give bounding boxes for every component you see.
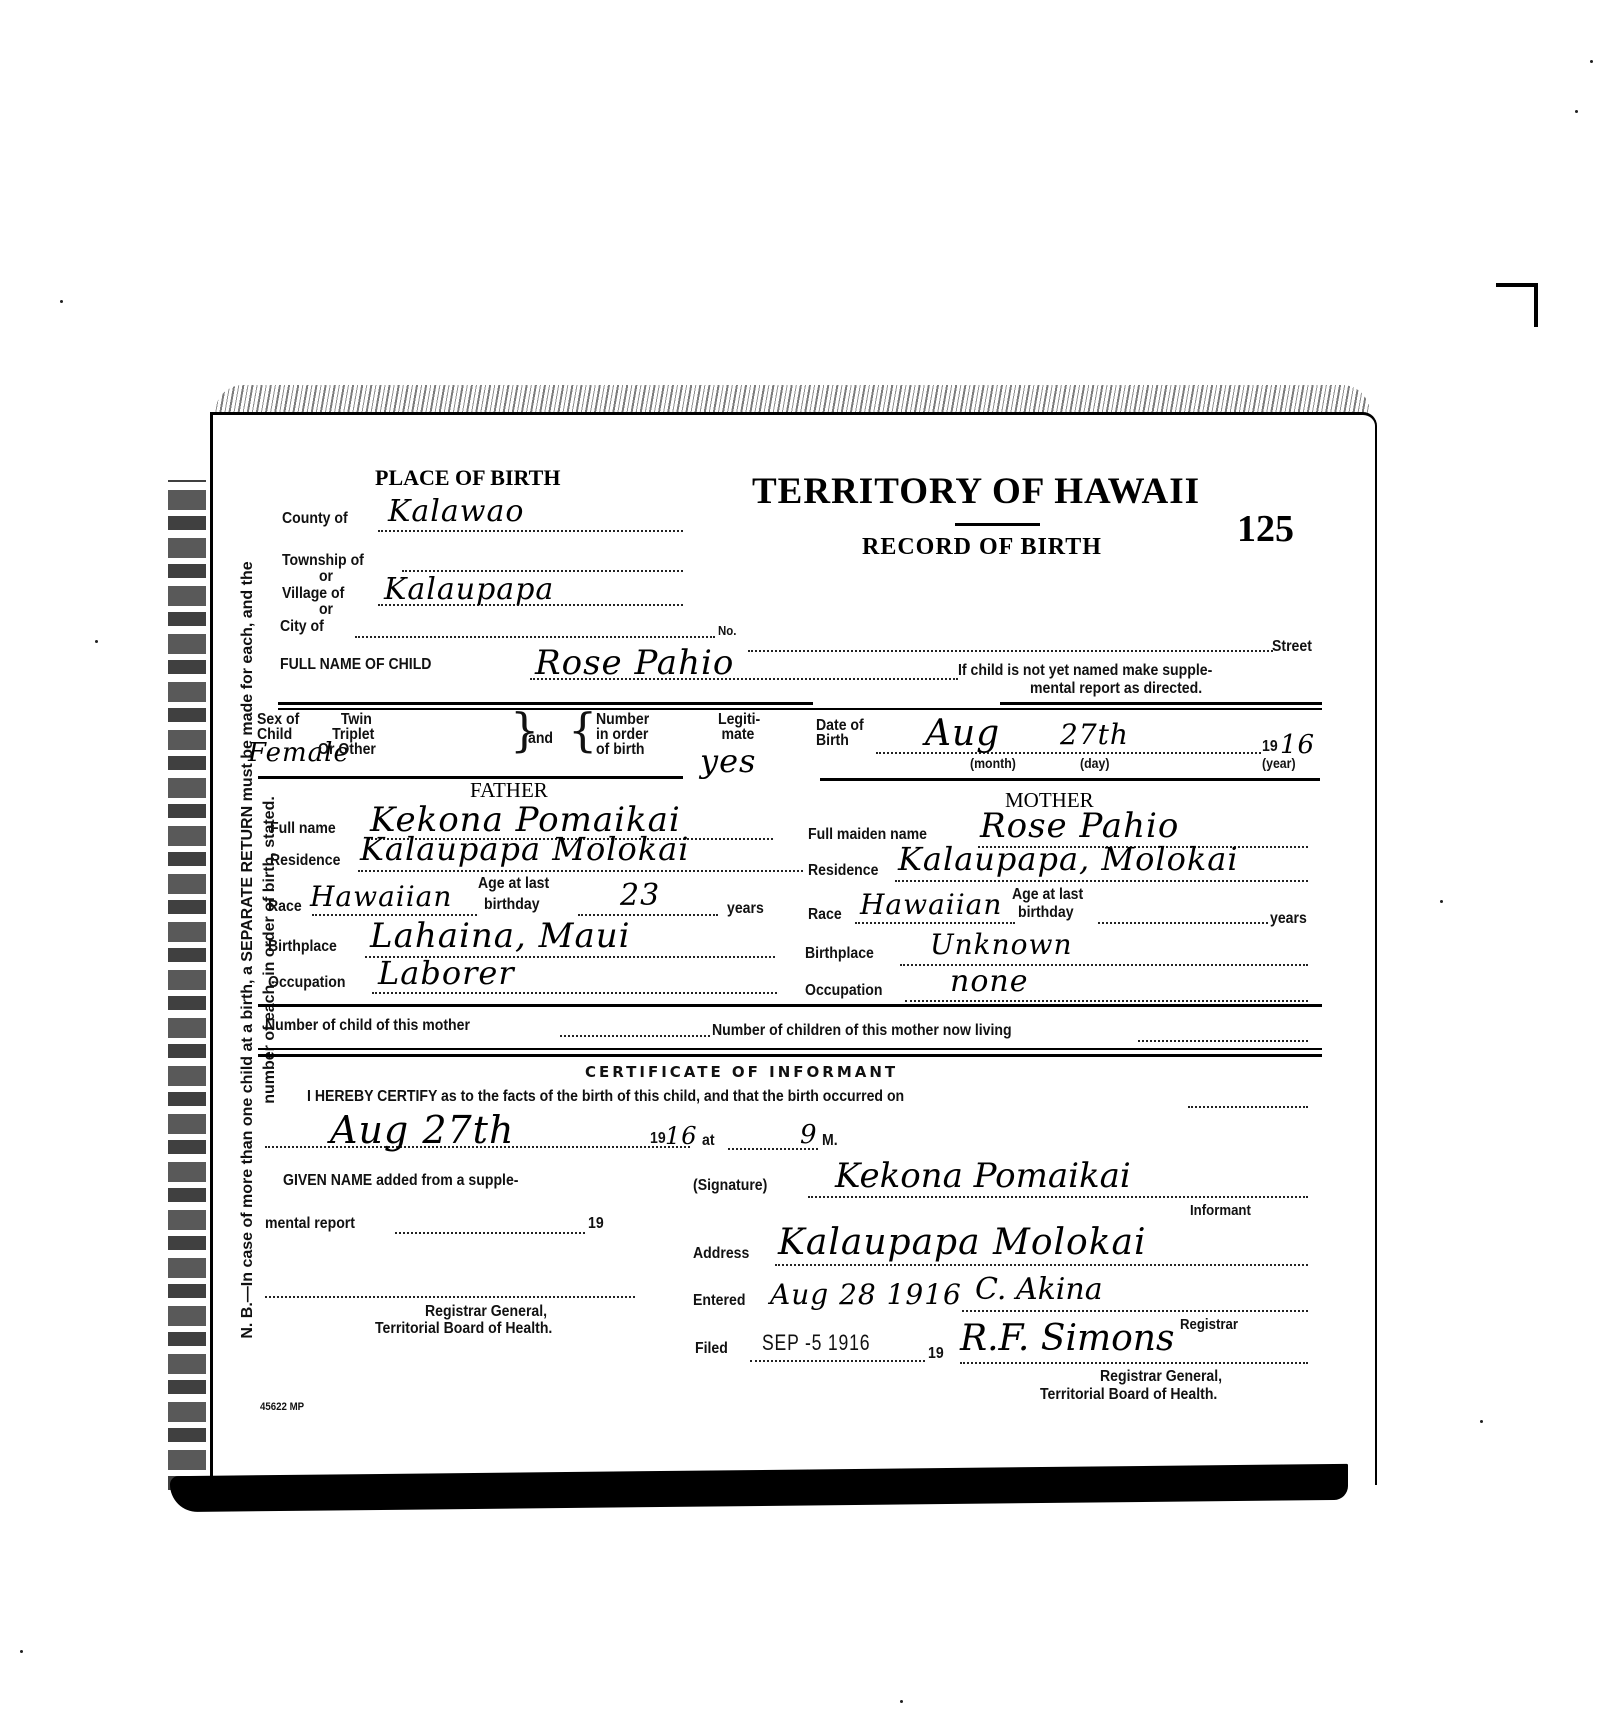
dob-month: Aug xyxy=(925,713,1000,754)
entered-value: Aug 28 1916 xyxy=(770,1278,962,1311)
birth-order-label-line: in order xyxy=(596,727,649,742)
father-birthplace-label: Birthplace xyxy=(268,938,337,956)
side-note-line-1: N. B.—In case of more than one child at … xyxy=(237,460,259,1440)
father-occupation-value: Laborer xyxy=(378,954,515,992)
mother-occupation-label: Occupation xyxy=(805,982,882,1000)
legitimate-value: yes xyxy=(700,742,756,780)
scan-speck xyxy=(1480,1420,1483,1423)
dob-day: 27th xyxy=(1060,718,1129,751)
filed-stamp: SEP -5 1916 xyxy=(762,1330,870,1356)
scan-speck xyxy=(1440,900,1443,903)
legitimate-label: Legiti- mate xyxy=(718,712,760,742)
child-name-label: FULL NAME OF CHILD xyxy=(280,656,431,674)
mother-race-label: Race xyxy=(808,906,842,924)
section-rule xyxy=(278,702,813,705)
occurred-year-suffix: 16 xyxy=(665,1122,698,1150)
given-name-label: GIVEN NAME added from a supple- xyxy=(283,1172,518,1190)
father-race-value: Hawaiian xyxy=(310,880,452,913)
child-name-value: Rose Pahio xyxy=(535,643,734,683)
twin-label: Twin Triplet Or Other xyxy=(318,712,376,757)
father-occupation-line xyxy=(372,992,777,994)
mother-years-label: years xyxy=(1270,910,1307,928)
city-label: City of xyxy=(280,618,324,636)
document-title: TERRITORY OF HAWAII xyxy=(752,470,1200,513)
time-value: 9 xyxy=(800,1120,818,1150)
document-subtitle: RECORD OF BIRTH xyxy=(862,534,1102,561)
mother-birthplace-value: Unknown xyxy=(930,928,1073,961)
mental-report-year: 19 xyxy=(588,1215,604,1233)
form-code: 45622 MP xyxy=(260,1401,304,1413)
dob-year-prefix: 19 xyxy=(1262,738,1278,756)
at-label: at xyxy=(702,1132,715,1150)
street-line xyxy=(748,650,1273,652)
father-occupation-label: Occupation xyxy=(268,974,345,992)
mental-report-line xyxy=(395,1232,585,1234)
number-living-label: Number of children of this mother now li… xyxy=(712,1022,1012,1040)
occurred-year-prefix: 19 xyxy=(650,1130,666,1148)
mother-occupation-value: none xyxy=(950,964,1028,999)
mother-race-line xyxy=(855,922,1015,924)
left-registrar-label-1: Registrar General, xyxy=(425,1303,547,1321)
county-value: Kalawao xyxy=(388,494,524,529)
birth-order-label-line: of birth xyxy=(596,742,649,757)
birth-order-label-line: Number xyxy=(596,712,649,727)
mental-report-label: mental report xyxy=(265,1215,355,1233)
legitimate-label-line: mate xyxy=(718,727,760,742)
father-age-value: 23 xyxy=(620,878,660,913)
county-label: County of xyxy=(282,510,348,528)
registrar-general-signature: R.F. Simons xyxy=(960,1318,1174,1359)
record-number: 125 xyxy=(1237,507,1294,551)
father-years-label: years xyxy=(727,900,764,918)
twin-label-line: Or Other xyxy=(318,742,376,757)
right-registrar-label-1: Registrar General, xyxy=(1100,1368,1222,1386)
section-rule xyxy=(258,1004,1322,1007)
section-rule xyxy=(258,1048,1322,1050)
certify-statement: I HEREBY CERTIFY as to the facts of the … xyxy=(307,1088,904,1106)
father-residence-value: Kalaupapa Molokai xyxy=(360,830,689,868)
or-label: or xyxy=(319,568,333,586)
section-rule xyxy=(1000,702,1322,705)
village-value: Kalaupapa xyxy=(384,572,554,607)
village-label: Village of xyxy=(282,585,344,603)
title-underline xyxy=(955,523,1040,526)
place-of-birth-heading: PLACE OF BIRTH xyxy=(375,465,560,491)
right-registrar-label-2: Territorial Board of Health. xyxy=(1040,1386,1217,1404)
date-of-birth-label: Date of Birth xyxy=(816,718,864,748)
mother-age-line xyxy=(1098,922,1268,924)
card-left-edge xyxy=(168,480,206,1490)
father-age-label: Age at last xyxy=(478,876,549,891)
left-registrar-label-2: Territorial Board of Health. xyxy=(375,1320,552,1338)
mother-residence-label: Residence xyxy=(808,862,878,880)
father-race-label: Race xyxy=(268,898,302,916)
signature-line xyxy=(808,1196,1308,1198)
scan-speck xyxy=(900,1700,903,1703)
brace-icon: { xyxy=(568,707,597,753)
father-birthday-label: birthday xyxy=(484,896,540,914)
number-of-child-label: Number of child of this mother xyxy=(265,1017,470,1035)
day-caption: (day) xyxy=(1080,755,1109,771)
informant-label: Informant xyxy=(1190,1202,1251,1219)
section-rule xyxy=(278,708,1322,710)
crop-corner-mark xyxy=(1496,283,1538,327)
card-top-edge xyxy=(215,385,1370,413)
filed-year-label: 19 xyxy=(928,1345,944,1363)
father-residence-line xyxy=(358,870,803,872)
and-label: and xyxy=(528,730,553,748)
number-living-line xyxy=(1138,1040,1308,1042)
certificate-heading: CERTIFICATE OF INFORMANT xyxy=(585,1063,898,1081)
occurred-date-value: Aug 27th xyxy=(330,1108,514,1152)
father-birthplace-value: Lahaina, Maui xyxy=(370,916,631,956)
month-caption: (month) xyxy=(970,755,1016,771)
registrar-general-line xyxy=(960,1362,1308,1364)
year-caption: (year) xyxy=(1262,755,1296,771)
mother-residence-line xyxy=(895,880,1308,882)
twin-label-line: Triplet xyxy=(318,727,376,742)
address-value: Kalaupapa Molokai xyxy=(778,1222,1147,1263)
mother-age-label: Age at last xyxy=(1012,886,1083,904)
mother-birthday-label: birthday xyxy=(1018,904,1074,922)
section-rule xyxy=(258,1054,1322,1057)
registrar-signature: C. Akina xyxy=(975,1272,1103,1307)
scan-speck xyxy=(1575,110,1578,113)
legitimate-label-line: Legiti- xyxy=(718,712,760,727)
scan-speck xyxy=(1590,60,1593,63)
address-line xyxy=(775,1264,1308,1266)
number-of-child-line xyxy=(560,1035,710,1037)
dob-label-line: Date of xyxy=(816,718,864,733)
registrar-line xyxy=(962,1310,1308,1312)
mother-occupation-line xyxy=(905,1000,1308,1002)
father-residence-label: Residence xyxy=(270,852,340,870)
county-line xyxy=(378,530,683,532)
m-label: M. xyxy=(822,1132,838,1150)
entered-label: Entered xyxy=(693,1292,745,1310)
filed-line xyxy=(750,1360,925,1362)
street-label: Street xyxy=(1272,638,1312,656)
age-label-line: Age at last xyxy=(478,876,549,891)
not-named-note-2: mental report as directed. xyxy=(1030,680,1202,698)
scan-speck xyxy=(60,300,63,303)
mother-race-value: Hawaiian xyxy=(860,888,1002,921)
birth-order-label: Number in order of birth xyxy=(596,712,649,757)
mother-residence-value: Kalaupapa, Molokai xyxy=(898,840,1239,878)
section-rule xyxy=(820,778,1320,781)
sex-label-line: Sex of xyxy=(257,712,299,727)
not-named-note-1: If child is not yet named make supple- xyxy=(958,662,1212,680)
occurred-line xyxy=(1188,1106,1308,1108)
or-label: or xyxy=(319,601,333,619)
dob-label-line: Birth xyxy=(816,733,864,748)
twin-label-line: Twin xyxy=(318,712,376,727)
informant-signature: Kekona Pomaikai xyxy=(835,1156,1131,1196)
city-line xyxy=(355,636,715,638)
left-registrar-line xyxy=(265,1296,635,1298)
mother-birthplace-label: Birthplace xyxy=(805,945,874,963)
filed-label: Filed xyxy=(695,1340,728,1358)
scan-speck xyxy=(95,640,98,643)
no-label: No. xyxy=(718,623,736,638)
father-name-label: Full name xyxy=(270,820,336,838)
registrar-label: Registrar xyxy=(1180,1316,1238,1333)
address-label: Address xyxy=(693,1245,749,1263)
scan-speck xyxy=(20,1650,23,1653)
signature-label: (Signature) xyxy=(693,1177,767,1195)
